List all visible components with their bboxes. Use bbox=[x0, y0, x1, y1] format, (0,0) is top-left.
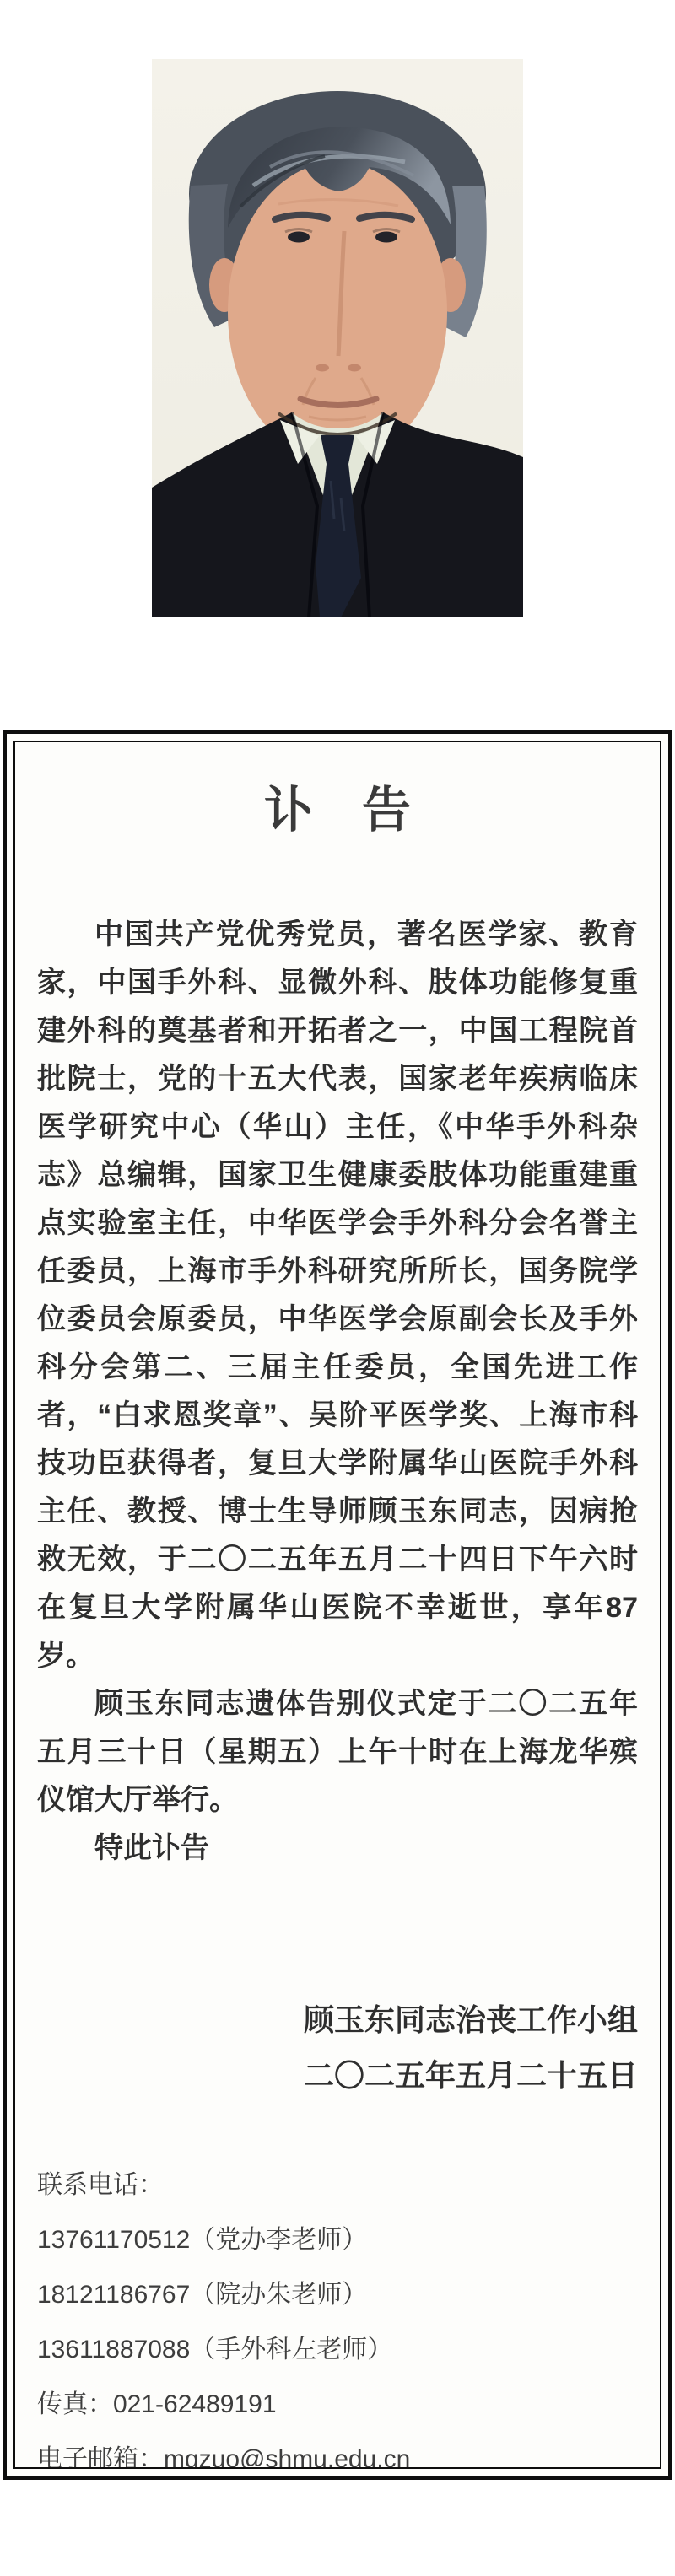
contact-phone-1: 13761170512（党办李老师） bbox=[37, 2212, 638, 2267]
portrait-illustration bbox=[152, 59, 523, 617]
obituary-inner-frame: 讣 告 中国共产党优秀党员，著名医学家、教育家，中国手外科、显微外科、肢体功能修… bbox=[13, 741, 661, 2469]
signature-date: 二〇二五年五月二十五日 bbox=[37, 2048, 638, 2104]
signature-block: 顾玉东同志治丧工作小组 二〇二五年五月二十五日 bbox=[37, 1992, 638, 2104]
obituary-box: 讣 告 中国共产党优秀党员，著名医学家、教育家，中国手外科、显微外科、肢体功能修… bbox=[3, 730, 672, 2480]
obituary-paragraph-ceremony: 顾玉东同志遗体告别仪式定于二〇二五年五月三十日（星期五）上午十时在上海龙华殡仪馆… bbox=[37, 1680, 638, 1824]
obituary-title: 讣 告 bbox=[37, 784, 638, 837]
obituary-page: 讣 告 中国共产党优秀党员，著名医学家、教育家，中国手外科、显微外科、肢体功能修… bbox=[0, 0, 675, 2576]
portrait-photo bbox=[152, 59, 523, 617]
contact-phone-label: 联系电话： bbox=[37, 2158, 638, 2212]
contact-phone-3: 13611887088（手外科左老师） bbox=[37, 2322, 638, 2377]
obituary-paragraph-closing: 特此讣告 bbox=[37, 1824, 638, 1873]
signature-group-name: 顾玉东同志治丧工作小组 bbox=[37, 1992, 638, 2048]
obituary-paragraph-main: 中国共产党优秀党员，著名医学家、教育家，中国手外科、显微外科、肢体功能修复重建外… bbox=[37, 911, 638, 1680]
contact-fax: 传真：021-62489191 bbox=[37, 2377, 638, 2432]
contact-phone-2: 18121186767（院办朱老师） bbox=[37, 2267, 638, 2322]
contact-block: 联系电话： 13761170512（党办李老师） 18121186767（院办朱… bbox=[37, 2158, 638, 2469]
contact-email: 电子邮箱：mqzuo@shmu.edu.cn bbox=[37, 2432, 638, 2469]
